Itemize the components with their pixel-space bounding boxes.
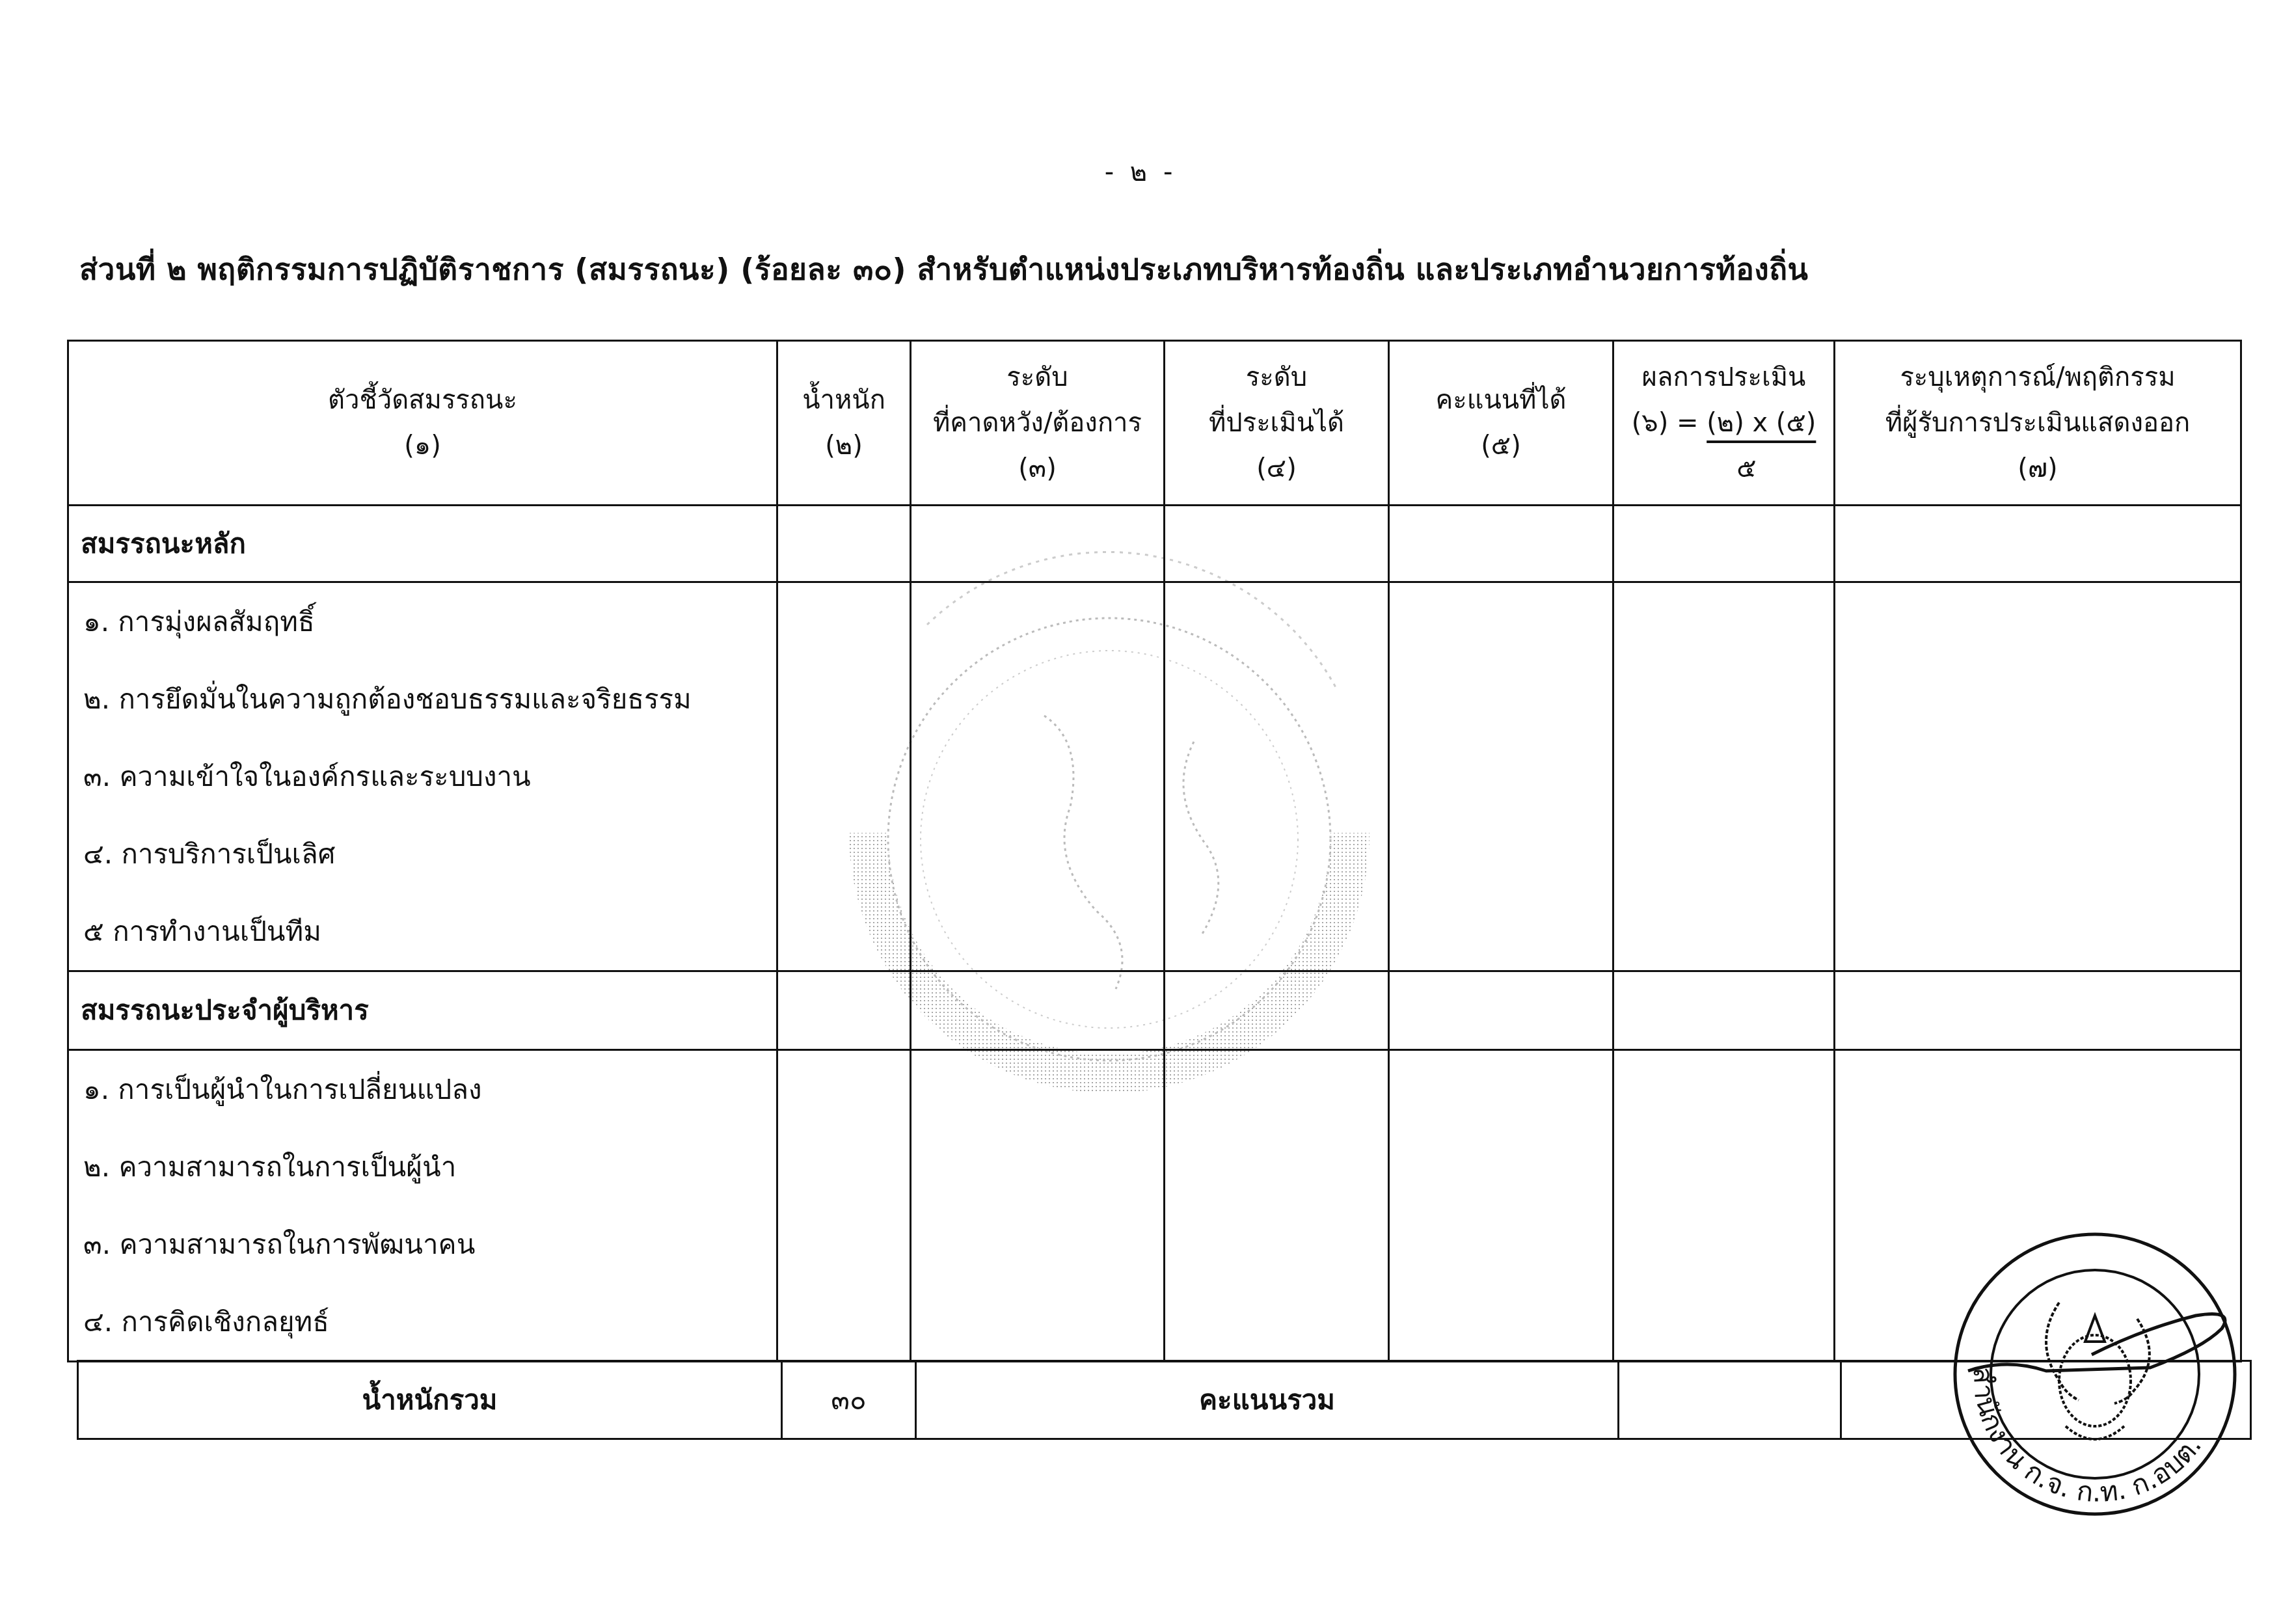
result-cell[interactable] (1613, 506, 1835, 582)
header-expected-level: ระดับ ที่คาดหวัง/ต้องการ (๓) (911, 341, 1165, 506)
result-cell[interactable] (1613, 971, 1835, 1050)
score-cell[interactable] (1389, 582, 1613, 971)
competency-list: ๑. การมุ่งผลสัมฤทธิ์ ๒. การยึดมั่นในความ… (68, 582, 777, 971)
total-score-value[interactable] (1619, 1361, 1841, 1439)
header-assessed-level: ระดับ ที่ประเมินได้ (๔) (1165, 341, 1389, 506)
assessed-cell[interactable] (1165, 506, 1389, 582)
header-weight: น้ำหนัก (๒) (777, 341, 911, 506)
list-item: ๔. การคิดเชิงกลยุทธ์ (83, 1283, 776, 1360)
header-indicator: ตัวชี้วัดสมรรถนะ (๑) (68, 341, 777, 506)
page-number: - ๒ - (0, 151, 2281, 193)
weight-cell[interactable] (777, 1050, 911, 1362)
list-item: ๒. ความสามารถในการเป็นผู้นำ (83, 1128, 776, 1206)
group-row-executive: สมรรถนะประจำผู้บริหาร (68, 971, 2241, 1050)
weight-cell[interactable] (777, 506, 911, 582)
group-label: สมรรถนะหลัก (68, 506, 777, 582)
items-row-core: ๑. การมุ่งผลสัมฤทธิ์ ๒. การยึดมั่นในความ… (68, 582, 2241, 971)
result-cell[interactable] (1613, 582, 1835, 971)
list-item: ๑. การมุ่งผลสัมฤทธิ์ (83, 583, 776, 660)
list-item: ๓. ความสามารถในการพัฒนาคน (83, 1206, 776, 1283)
total-table: น้ำหนักรวม ๓๐ คะแนนรวม (77, 1360, 2252, 1440)
list-item: ๔. การบริการเป็นเลิศ (83, 815, 776, 893)
list-item: ๒. การยึดมั่นในความถูกต้องชอบธรรมและจริย… (83, 660, 776, 738)
weight-cell[interactable] (777, 971, 911, 1050)
remarks-cell[interactable] (1835, 506, 2241, 582)
remarks-cell[interactable] (1835, 582, 2241, 971)
list-item: ๕ การทำงานเป็นทีม (83, 893, 776, 970)
list-item: ๑. การเป็นผู้นำในการเปลี่ยนแปลง (83, 1051, 776, 1128)
competency-table: ตัวชี้วัดสมรรถนะ (๑) น้ำหนัก (๒) ระดับ ท… (67, 340, 2242, 1362)
total-row: น้ำหนักรวม ๓๐ คะแนนรวม (78, 1361, 2251, 1439)
list-item: ๓. ความเข้าใจในองค์กรและระบบงาน (83, 738, 776, 815)
items-row-executive: ๑. การเป็นผู้นำในการเปลี่ยนแปลง ๒. ความส… (68, 1050, 2241, 1362)
expected-cell[interactable] (911, 506, 1165, 582)
header-behavior-remarks: ระบุเหตุการณ์/พฤติกรรม ที่ผู้รับการประเม… (1835, 341, 2241, 506)
group-row-core: สมรรถนะหลัก (68, 506, 2241, 582)
result-cell[interactable] (1613, 1050, 1835, 1362)
header-result-formula: ผลการประเมิน (๖) = (๒) x (๕) ๕ (1613, 341, 1835, 506)
assessed-cell[interactable] (1165, 971, 1389, 1050)
assessed-cell[interactable] (1165, 1050, 1389, 1362)
total-remarks-cell[interactable] (1841, 1361, 2251, 1439)
weight-cell[interactable] (777, 582, 911, 971)
competency-list: ๑. การเป็นผู้นำในการเปลี่ยนแปลง ๒. ความส… (68, 1050, 777, 1362)
total-weight-value: ๓๐ (782, 1361, 916, 1439)
header-score: คะแนนที่ได้ (๕) (1389, 341, 1613, 506)
remarks-cell[interactable] (1835, 1050, 2241, 1362)
score-cell[interactable] (1389, 971, 1613, 1050)
group-label: สมรรถนะประจำผู้บริหาร (68, 971, 777, 1050)
expected-cell[interactable] (911, 971, 1165, 1050)
section-title: ส่วนที่ ๒ พฤติกรรมการปฏิบัติราชการ (สมรร… (79, 246, 1809, 293)
expected-cell[interactable] (911, 1050, 1165, 1362)
score-cell[interactable] (1389, 1050, 1613, 1362)
header-row: ตัวชี้วัดสมรรถนะ (๑) น้ำหนัก (๒) ระดับ ท… (68, 341, 2241, 506)
total-score-label: คะแนนรวม (916, 1361, 1619, 1439)
assessed-cell[interactable] (1165, 582, 1389, 971)
total-weight-label: น้ำหนักรวม (78, 1361, 782, 1439)
expected-cell[interactable] (911, 582, 1165, 971)
score-cell[interactable] (1389, 506, 1613, 582)
remarks-cell[interactable] (1835, 971, 2241, 1050)
